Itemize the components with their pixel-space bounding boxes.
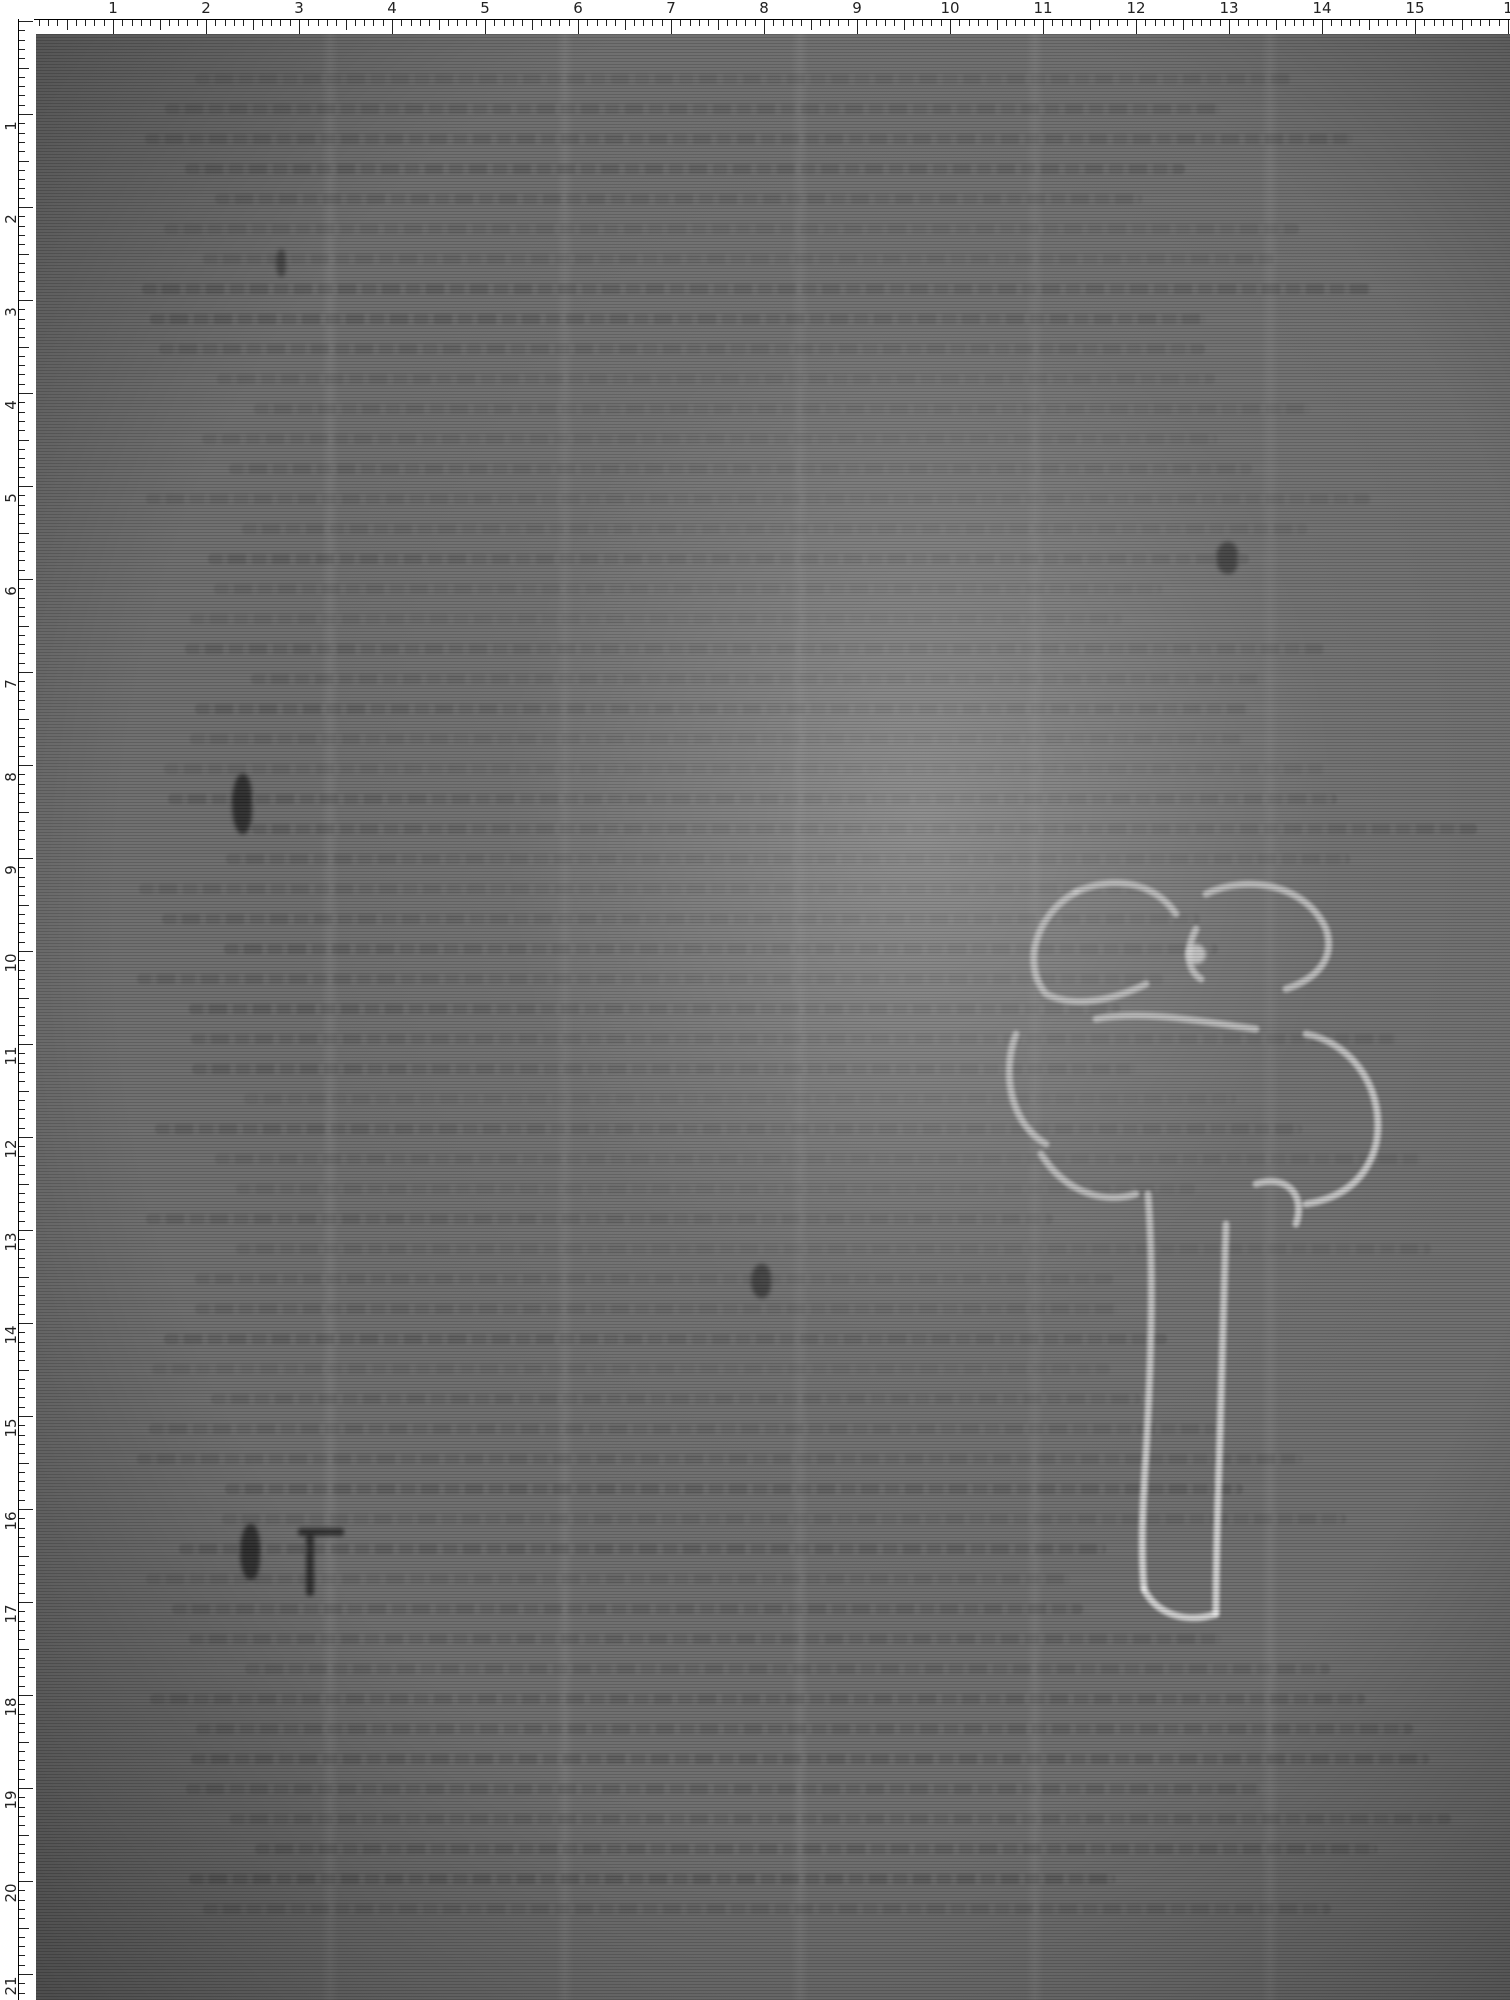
ruler-tick bbox=[1499, 20, 1500, 26]
ruler-tick bbox=[532, 20, 533, 30]
ruler-tick bbox=[19, 914, 25, 915]
ruler-tick bbox=[19, 1091, 29, 1092]
ruler-tick bbox=[19, 1881, 33, 1882]
ruler-tick bbox=[876, 20, 877, 26]
ruler-tick bbox=[19, 1909, 25, 1910]
ruler-tick bbox=[745, 20, 746, 26]
ruler-tick bbox=[19, 979, 25, 980]
ruler-tick bbox=[448, 20, 449, 26]
ruler-tick bbox=[19, 374, 25, 375]
ruler-tick bbox=[383, 20, 384, 26]
ruler-tick bbox=[19, 1444, 25, 1445]
ruler-tick bbox=[19, 1937, 25, 1938]
ruler-tick bbox=[19, 1407, 25, 1408]
ruler-tick bbox=[19, 1463, 29, 1464]
ruler-label: 7 bbox=[666, 0, 676, 16]
ruler-tick bbox=[1220, 20, 1221, 26]
ruler-tick bbox=[19, 1295, 25, 1296]
ruler-tick bbox=[19, 281, 25, 282]
ruler-tick bbox=[19, 653, 25, 654]
ruler-tick bbox=[160, 20, 161, 30]
ruler-tick bbox=[1406, 20, 1407, 26]
ruler-tick bbox=[1238, 20, 1239, 26]
ruler-label: 10 bbox=[3, 953, 19, 973]
ruler-tick bbox=[19, 1221, 25, 1222]
ruler-tick bbox=[243, 20, 244, 26]
ruler-tick bbox=[792, 20, 793, 26]
ruler-tick bbox=[969, 20, 970, 26]
ruler-tick bbox=[19, 719, 29, 720]
ruler-tick bbox=[19, 505, 25, 506]
ruler-tick bbox=[19, 1109, 25, 1110]
ruler-label: 10 bbox=[940, 0, 959, 16]
ruler-tick bbox=[950, 20, 951, 34]
ruler-tick bbox=[336, 20, 337, 26]
ruler-tick bbox=[597, 20, 598, 26]
ruler-tick bbox=[19, 1872, 25, 1873]
ruler-tick bbox=[755, 20, 756, 26]
ruler-tick bbox=[19, 449, 25, 450]
ruler-tick bbox=[19, 1760, 25, 1761]
ruler-tick bbox=[19, 1118, 25, 1119]
ruler-tick bbox=[19, 21, 33, 22]
ruler-tick bbox=[355, 20, 356, 26]
ruler-tick bbox=[727, 20, 728, 26]
ruler-tick bbox=[606, 20, 607, 26]
ruler-tick bbox=[1443, 20, 1444, 26]
ruler-tick bbox=[19, 802, 25, 803]
ruler-label: 14 bbox=[1312, 0, 1331, 16]
ruler-tick bbox=[578, 20, 579, 34]
ruler-tick bbox=[1480, 20, 1481, 26]
ruler-tick bbox=[764, 20, 765, 34]
ruler-tick bbox=[197, 20, 198, 26]
ruler-tick bbox=[19, 133, 25, 134]
ruler-tick bbox=[327, 20, 328, 26]
ruler-label: 12 bbox=[3, 1139, 19, 1159]
ruler-tick bbox=[19, 300, 33, 301]
ruler-tick bbox=[913, 20, 914, 26]
ruler-tick bbox=[19, 1965, 25, 1966]
ruler-tick bbox=[19, 1202, 25, 1203]
ruler-tick bbox=[19, 1397, 25, 1398]
ruler-tick bbox=[19, 1314, 25, 1315]
ruler-tick bbox=[550, 20, 551, 26]
ruler-tick bbox=[569, 20, 570, 26]
ruler-tick bbox=[19, 1658, 25, 1659]
ruler-label: 8 bbox=[759, 0, 769, 16]
ruler-tick bbox=[19, 1286, 25, 1287]
ruler-tick bbox=[19, 467, 25, 468]
ruler-tick bbox=[19, 988, 25, 989]
ruler-label: 5 bbox=[3, 488, 19, 508]
ruler-tick bbox=[885, 20, 886, 26]
ruler-tick bbox=[57, 20, 58, 26]
ruler-tick bbox=[857, 20, 858, 34]
ruler-tick bbox=[19, 514, 25, 515]
ruler-tick bbox=[308, 20, 309, 26]
ruler-tick bbox=[19, 1537, 25, 1538]
ruler-tick bbox=[19, 932, 25, 933]
ruler-tick bbox=[19, 1769, 25, 1770]
ruler-tick bbox=[19, 942, 25, 943]
ruler-tick bbox=[187, 20, 188, 26]
ruler-label: 2 bbox=[201, 0, 211, 16]
ruler-tick bbox=[848, 20, 849, 26]
ruler-tick bbox=[19, 895, 25, 896]
ruler-label: 16 bbox=[3, 1511, 19, 1531]
ruler-tick bbox=[104, 20, 105, 26]
ruler-tick bbox=[904, 20, 905, 30]
ruler-tick bbox=[19, 151, 25, 152]
ruler-tick bbox=[476, 20, 477, 26]
ruler-tick bbox=[215, 20, 216, 26]
ruler-tick bbox=[1052, 20, 1053, 26]
ruler-tick bbox=[894, 20, 895, 26]
ruler-tick bbox=[19, 430, 25, 431]
ruler-tick bbox=[1062, 20, 1063, 26]
ruler-tick bbox=[1006, 20, 1007, 26]
ruler-tick bbox=[19, 1862, 25, 1863]
ruler-tick bbox=[19, 1742, 29, 1743]
ruler-tick bbox=[19, 328, 25, 329]
ruler-tick bbox=[19, 839, 25, 840]
ruler-tick bbox=[783, 20, 784, 26]
ruler-tick bbox=[19, 365, 25, 366]
ruler-tick bbox=[19, 1016, 25, 1017]
ruler-tick bbox=[19, 1165, 25, 1166]
ruler-tick bbox=[19, 691, 25, 692]
ruler-tick bbox=[680, 20, 681, 26]
ruler-tick bbox=[19, 477, 25, 478]
ruler-tick bbox=[19, 1556, 29, 1557]
ruler-tick bbox=[19, 1128, 25, 1129]
ruler-tick bbox=[615, 20, 616, 26]
ruler-tick bbox=[466, 20, 467, 26]
ruler-tick bbox=[439, 20, 440, 30]
ruler-label: 6 bbox=[3, 581, 19, 601]
ruler-tick bbox=[19, 672, 33, 673]
ruler-tick bbox=[1210, 20, 1211, 26]
ruler-tick bbox=[280, 20, 281, 26]
ruler-tick bbox=[19, 746, 25, 747]
ruler-tick bbox=[19, 1509, 33, 1510]
ruler-tick bbox=[1155, 20, 1156, 26]
ruler-tick bbox=[19, 858, 33, 859]
ruler-tick bbox=[19, 542, 25, 543]
ruler-tick bbox=[708, 20, 709, 26]
ruler-tick bbox=[1183, 20, 1184, 30]
ruler-tick bbox=[19, 1816, 25, 1817]
ruler-tick bbox=[1303, 20, 1304, 26]
ruler-tick bbox=[773, 20, 774, 26]
ruler-tick bbox=[299, 20, 300, 34]
ruler-label: 7 bbox=[3, 674, 19, 694]
ruler-tick bbox=[997, 20, 998, 30]
ruler-tick bbox=[1201, 20, 1202, 26]
ruler-tick bbox=[19, 30, 25, 31]
document-scan bbox=[36, 34, 1510, 2000]
ruler-tick bbox=[1462, 20, 1463, 30]
ruler-tick bbox=[718, 20, 719, 30]
ruler-tick bbox=[132, 20, 133, 26]
ruler-tick bbox=[19, 1193, 25, 1194]
ruler-tick bbox=[19, 812, 29, 813]
ruler-tick bbox=[392, 20, 393, 34]
ruler-tick bbox=[113, 20, 114, 34]
ruler-tick bbox=[19, 1639, 25, 1640]
ruler-tick bbox=[662, 20, 663, 26]
ruler-label: 17 bbox=[3, 1604, 19, 1624]
ruler-tick bbox=[411, 20, 412, 26]
ruler-label: 5 bbox=[480, 0, 490, 16]
ruler-tick bbox=[19, 905, 29, 906]
ruler-tick bbox=[19, 254, 29, 255]
ruler-tick bbox=[19, 86, 25, 87]
ruler-tick bbox=[1471, 20, 1472, 26]
ruler-tick bbox=[19, 1667, 25, 1668]
ruler-tick bbox=[19, 1676, 25, 1677]
ruler-tick bbox=[19, 765, 33, 766]
ruler-tick bbox=[122, 20, 123, 26]
ruler-tick bbox=[1452, 20, 1453, 26]
ruler-label: 9 bbox=[852, 0, 862, 16]
ruler-tick bbox=[19, 1686, 25, 1687]
ruler-tick bbox=[1108, 20, 1109, 26]
ruler-tick bbox=[801, 20, 802, 26]
ruler-tick bbox=[1099, 20, 1100, 26]
ruler-tick bbox=[19, 1490, 25, 1491]
ruler-tick bbox=[1192, 20, 1193, 26]
ruler-tick bbox=[1415, 20, 1416, 34]
ruler-tick bbox=[1034, 20, 1035, 26]
ruler-label: 15 bbox=[1405, 0, 1424, 16]
ruler-tick bbox=[19, 737, 25, 738]
left-ruler: 123456789101112131415161718192021 bbox=[0, 0, 34, 2000]
ruler-tick bbox=[587, 20, 588, 26]
ruler-tick bbox=[19, 384, 25, 385]
ruler-tick bbox=[19, 263, 25, 264]
ruler-tick bbox=[1136, 20, 1137, 34]
ruler-label: 12 bbox=[1126, 0, 1145, 16]
ruler-tick bbox=[19, 1472, 25, 1473]
ruler-tick bbox=[19, 1025, 25, 1026]
ruler-tick bbox=[141, 20, 142, 26]
ruler-tick bbox=[1285, 20, 1286, 26]
ruler-tick bbox=[19, 644, 25, 645]
ruler-tick bbox=[19, 319, 25, 320]
ruler-tick bbox=[19, 700, 25, 701]
ruler-tick bbox=[19, 1323, 33, 1324]
ruler-tick bbox=[1015, 20, 1016, 26]
ruler-tick bbox=[318, 20, 319, 26]
ruler-tick bbox=[1322, 20, 1323, 34]
ruler-tick bbox=[1359, 20, 1360, 26]
ruler-tick bbox=[19, 1137, 33, 1138]
ruler-tick bbox=[931, 20, 932, 26]
ruler-tick bbox=[19, 1100, 25, 1101]
ruler-tick bbox=[1248, 20, 1249, 26]
ruler-tick bbox=[1396, 20, 1397, 26]
ruler-tick bbox=[19, 1081, 25, 1082]
ruler-tick bbox=[1508, 20, 1509, 34]
ruler-label: 9 bbox=[3, 860, 19, 880]
ruler-tick bbox=[19, 291, 25, 292]
ruler-tick bbox=[19, 1453, 25, 1454]
ruler-tick bbox=[19, 1853, 25, 1854]
ruler-tick bbox=[513, 20, 514, 26]
ruler-tick bbox=[1294, 20, 1295, 26]
ruler-label: 11 bbox=[1033, 0, 1052, 16]
ruler-tick bbox=[19, 1918, 25, 1919]
ruler-tick bbox=[699, 20, 700, 26]
ruler-tick bbox=[19, 1044, 33, 1045]
ruler-tick bbox=[1313, 20, 1314, 26]
ruler-tick bbox=[19, 179, 25, 180]
ruler-tick bbox=[19, 207, 33, 208]
ruler-tick bbox=[838, 20, 839, 26]
ruler-tick bbox=[19, 1751, 25, 1752]
ruler-label: 18 bbox=[3, 1697, 19, 1717]
ruler-tick bbox=[19, 1825, 25, 1826]
ruler-tick bbox=[19, 393, 33, 394]
ruler-tick bbox=[922, 20, 923, 26]
ruler-tick bbox=[19, 728, 25, 729]
ruler-tick bbox=[19, 1630, 25, 1631]
ruler-tick bbox=[271, 20, 272, 26]
ruler-tick bbox=[94, 20, 95, 26]
ruler-tick bbox=[19, 635, 25, 636]
ruler-tick bbox=[19, 1184, 29, 1185]
ruler-tick bbox=[346, 20, 347, 30]
ruler-tick bbox=[19, 1723, 25, 1724]
ruler-tick bbox=[225, 20, 226, 26]
ruler-tick bbox=[19, 923, 25, 924]
ruler-tick bbox=[19, 105, 25, 106]
ruler-tick bbox=[19, 412, 25, 413]
ruler-label: 1 bbox=[108, 0, 118, 16]
ruler-tick bbox=[19, 709, 25, 710]
ruler-tick bbox=[76, 20, 77, 26]
ruler-label: 1 bbox=[1503, 0, 1510, 16]
ruler-tick bbox=[19, 272, 25, 273]
ruler-label: 19 bbox=[3, 1790, 19, 1810]
ruler-tick bbox=[1043, 20, 1044, 34]
ruler-tick bbox=[457, 20, 458, 26]
ruler-tick bbox=[253, 20, 254, 30]
ruler-tick bbox=[19, 1955, 25, 1956]
ruler-tick bbox=[364, 20, 365, 26]
ruler-tick bbox=[522, 20, 523, 26]
ruler-tick bbox=[1387, 20, 1388, 26]
ruler-tick bbox=[19, 1844, 25, 1845]
ruler-label: 4 bbox=[387, 0, 397, 16]
ruler-tick bbox=[19, 1546, 25, 1547]
ruler-tick bbox=[1266, 20, 1267, 26]
ruler-tick bbox=[19, 1035, 25, 1036]
ruler-tick bbox=[19, 849, 25, 850]
ruler-tick bbox=[1127, 20, 1128, 26]
ruler-tick bbox=[290, 20, 291, 26]
ruler-tick bbox=[19, 244, 25, 245]
ruler-tick bbox=[85, 20, 86, 26]
ruler-tick bbox=[19, 1072, 25, 1073]
ruler-tick bbox=[19, 440, 29, 441]
ruler-tick bbox=[19, 1258, 25, 1259]
ruler-label: 3 bbox=[3, 302, 19, 322]
ruler-label: 21 bbox=[3, 1976, 19, 1996]
ruler-tick bbox=[19, 793, 25, 794]
ruler-tick bbox=[1341, 20, 1342, 26]
ruler-tick bbox=[19, 458, 25, 459]
ruler-tick bbox=[19, 486, 33, 487]
ruler-tick bbox=[19, 1583, 25, 1584]
ruler-tick bbox=[19, 598, 25, 599]
ruler-tick bbox=[19, 886, 25, 887]
ruler-tick bbox=[19, 1360, 25, 1361]
ruler-tick bbox=[19, 68, 29, 69]
ruler-tick bbox=[373, 20, 374, 26]
ruler-tick bbox=[19, 1788, 33, 1789]
ruler-tick bbox=[19, 1779, 25, 1780]
ruler-tick bbox=[1378, 20, 1379, 26]
ruler-tick bbox=[19, 226, 25, 227]
ruler-tick bbox=[19, 821, 25, 822]
ruler-label: 2 bbox=[3, 209, 19, 229]
ruler-tick bbox=[1024, 20, 1025, 26]
ruler-tick bbox=[19, 114, 33, 115]
ruler-tick bbox=[19, 1277, 29, 1278]
ruler-tick bbox=[19, 161, 29, 162]
ruler-tick bbox=[1229, 20, 1230, 34]
top-ruler: 01234567891011121314151 bbox=[0, 0, 1510, 34]
ruler-tick bbox=[19, 756, 25, 757]
ruler-tick bbox=[1276, 20, 1277, 30]
ruler-tick bbox=[19, 77, 25, 78]
ruler-tick bbox=[19, 188, 25, 189]
ruler-tick bbox=[19, 616, 25, 617]
ruler-tick bbox=[1434, 20, 1435, 26]
ruler-tick bbox=[1145, 20, 1146, 26]
ruler-tick bbox=[19, 1379, 25, 1380]
ruler-tick bbox=[19, 1732, 25, 1733]
ruler-tick bbox=[559, 20, 560, 26]
ruler-tick bbox=[19, 235, 25, 236]
ruler-tick bbox=[206, 20, 207, 34]
ruler-label: 6 bbox=[573, 0, 583, 16]
ruler-tick bbox=[19, 337, 25, 338]
ruler-tick bbox=[401, 20, 402, 26]
ruler-tick bbox=[1117, 20, 1118, 26]
ruler-tick bbox=[150, 20, 151, 26]
ruler-tick bbox=[19, 663, 25, 664]
ruler-tick bbox=[19, 1974, 33, 1975]
ruler-tick bbox=[652, 20, 653, 26]
ruler-tick bbox=[866, 20, 867, 26]
ruler-tick bbox=[959, 20, 960, 26]
ruler-label: 8 bbox=[3, 767, 19, 787]
ruler-tick bbox=[1424, 20, 1425, 26]
ruler-tick bbox=[1369, 20, 1370, 30]
ruler-tick bbox=[420, 20, 421, 26]
ruler-tick bbox=[19, 40, 25, 41]
ruler-tick bbox=[19, 1928, 29, 1929]
ruler-tick bbox=[1350, 20, 1351, 26]
ruler-tick bbox=[987, 20, 988, 26]
ruler-tick bbox=[262, 20, 263, 26]
ruler-tick bbox=[1489, 20, 1490, 26]
ruler-tick bbox=[19, 998, 29, 999]
